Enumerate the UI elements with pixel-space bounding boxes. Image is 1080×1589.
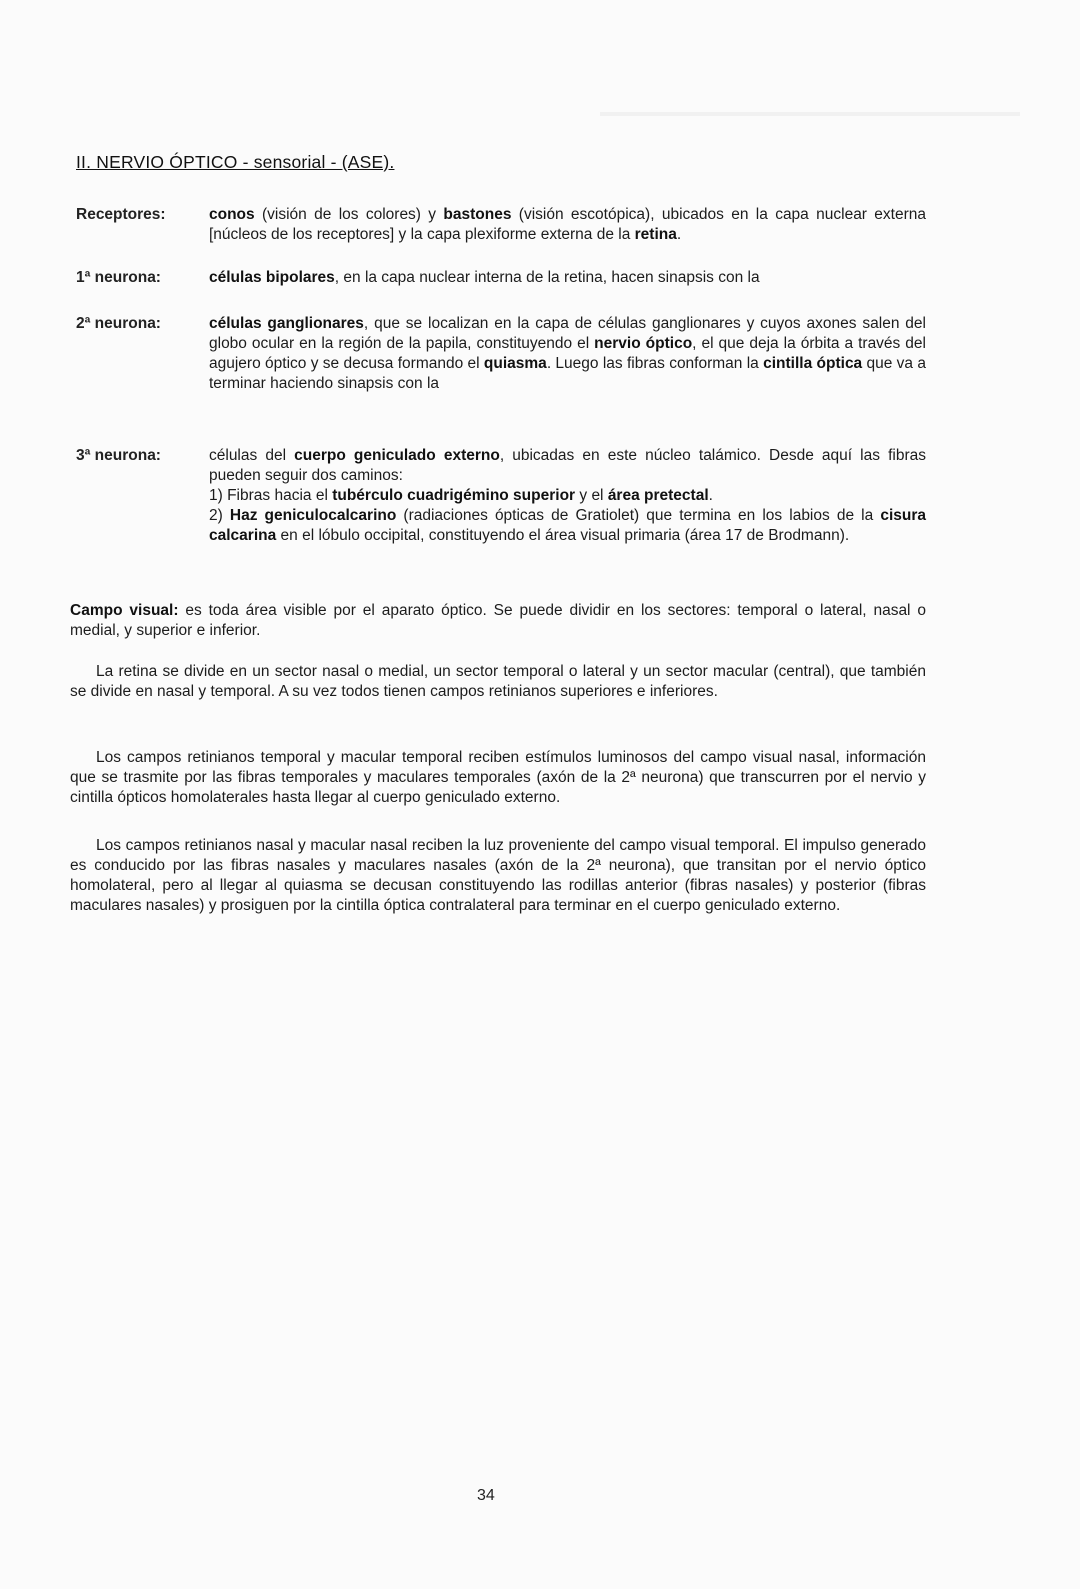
entry-label: Receptores: — [76, 205, 209, 245]
entry-receptores: Receptores: conos (visión de los colores… — [76, 205, 926, 245]
paragraph-retina: La retina se divide en un sector nasal o… — [70, 662, 926, 702]
bold-term: área pretectal — [608, 487, 709, 504]
bold-term: quiasma — [484, 355, 547, 372]
paragraph-campo-visual: Campo visual: es toda área visible por e… — [70, 601, 926, 641]
bold-term: Haz geniculocalcarino — [230, 507, 396, 524]
paragraph-campos-temporales: Los campos retinianos temporal y macular… — [70, 748, 926, 808]
bold-term: tubérculo cuadrigémino superior — [332, 487, 575, 504]
bold-term: retina — [635, 226, 677, 243]
entry-text: conos (visión de los colores) y bastones… — [209, 205, 926, 245]
bold-term: cintilla óptica — [763, 355, 862, 372]
entry-neurona-1: 1ª neurona: células bipolares, en la cap… — [76, 268, 926, 288]
bold-term: nervio óptico — [594, 335, 692, 352]
entry-label: 1ª neurona: — [76, 268, 209, 288]
entry-text: células bipolares, en la capa nuclear in… — [209, 268, 926, 288]
bold-term: células ganglionares — [209, 315, 364, 332]
entry-neurona-3: 3ª neurona: células del cuerpo geniculad… — [76, 446, 926, 546]
section-title: II. NERVIO ÓPTICO - sensorial - (ASE). — [76, 152, 394, 172]
entry-text: células del cuerpo geniculado externo, u… — [209, 446, 926, 546]
bold-term: conos — [209, 206, 255, 223]
page-number: 34 — [477, 1486, 495, 1506]
entry-label: 2ª neurona: — [76, 314, 209, 394]
entry-neurona-2: 2ª neurona: células ganglionares, que se… — [76, 314, 926, 394]
bold-term: bastones — [443, 206, 511, 223]
paragraph-campos-nasales: Los campos retinianos nasal y macular na… — [70, 836, 926, 916]
bold-term: Campo visual: — [70, 602, 179, 619]
reverse-side-bleed-through — [600, 112, 1020, 116]
entry-label: 3ª neurona: — [76, 446, 209, 546]
entry-text: células ganglionares, que se localizan e… — [209, 314, 926, 394]
bold-term: cuerpo geniculado externo — [294, 447, 500, 464]
bold-term: células bipolares — [209, 269, 335, 286]
